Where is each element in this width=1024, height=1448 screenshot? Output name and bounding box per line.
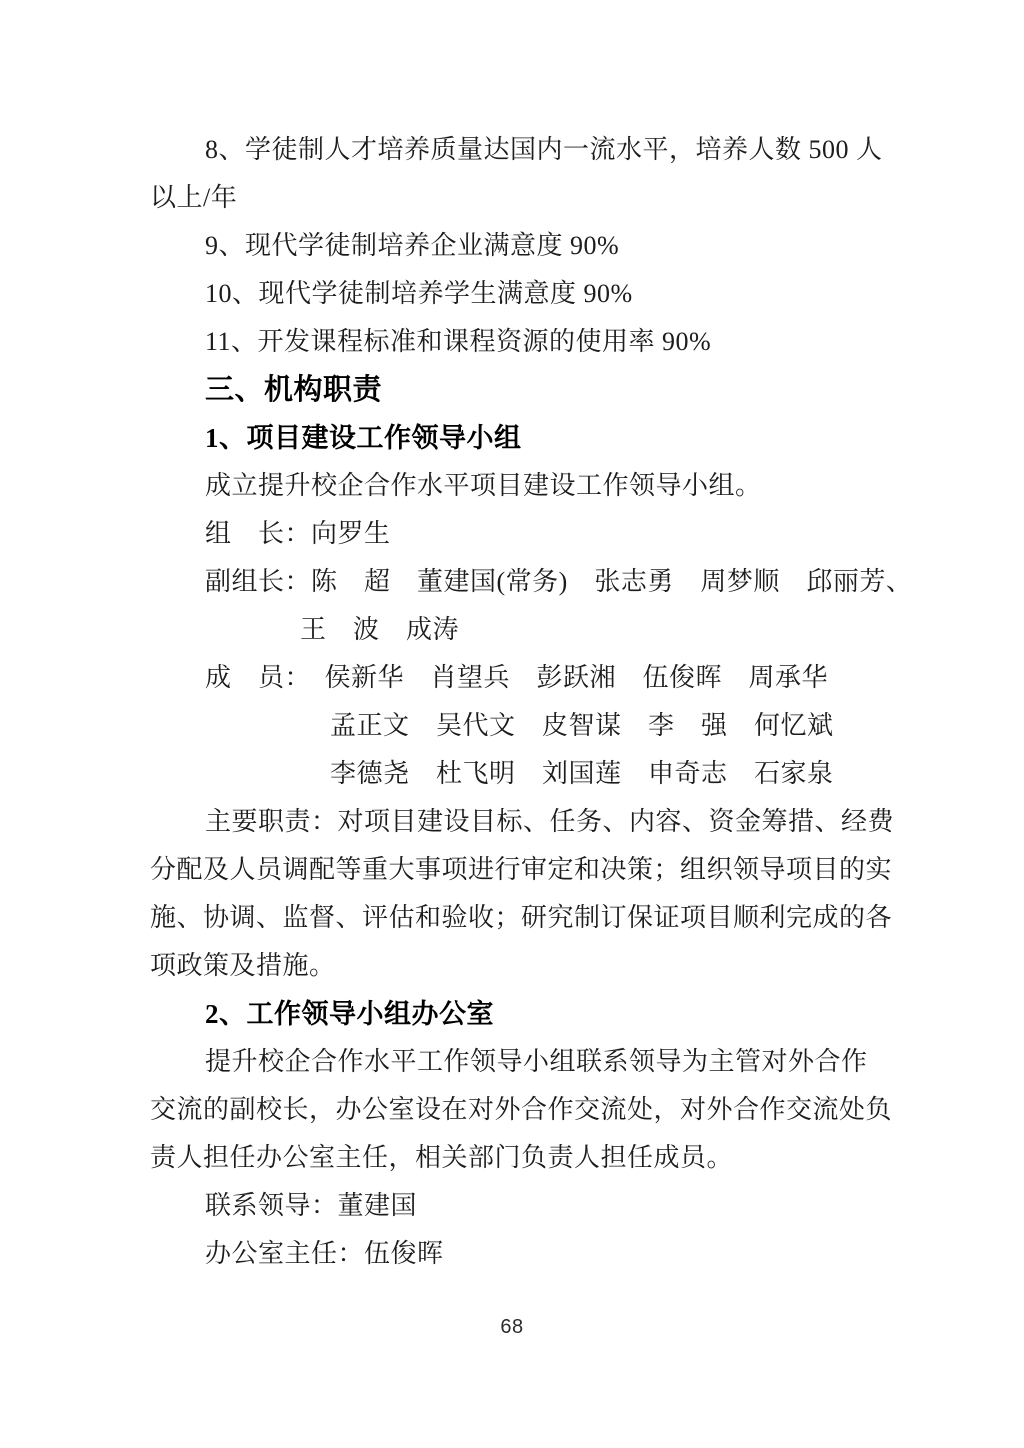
subsection-1-intro: 成立提升校企合作水平项目建设工作领导小组。 <box>150 462 890 510</box>
office-paragraph-line-3: 责人担任办公室主任，相关部门负责人担任成员。 <box>150 1134 890 1182</box>
indicator-8-line-2: 以上/年 <box>150 174 890 222</box>
office-paragraph-line-1: 提升校企合作水平工作领导小组联系领导为主管对外合作 <box>150 1038 890 1086</box>
duties-line-3: 施、协调、监督、评估和验收；研究制订保证项目顺利完成的各 <box>150 894 890 942</box>
duties-line-2: 分配及人员调配等重大事项进行审定和决策；组织领导项目的实 <box>150 846 890 894</box>
group-leader-line: 组 长：向罗生 <box>150 510 890 558</box>
members-line-3: 李德尧 杜飞明 刘国莲 申奇志 石家泉 <box>150 750 890 798</box>
document-page: 8、学徒制人才培养质量达国内一流水平，培养人数 500 人 以上/年 9、现代学… <box>0 0 1024 1448</box>
vice-leader-line-1: 副组长：陈 超 董建国(常务) 张志勇 周梦顺 邱丽芳、 <box>150 558 890 606</box>
office-paragraph-line-2: 交流的副校长，办公室设在对外合作交流处，对外合作交流处负 <box>150 1086 890 1134</box>
duties-line-4: 项政策及措施。 <box>150 942 890 990</box>
duties-line-1: 主要职责：对项目建设目标、任务、内容、资金筹措、经费 <box>150 798 890 846</box>
members-line-2: 孟正文 吴代文 皮智谋 李 强 何忆斌 <box>150 702 890 750</box>
subsection-1-heading: 1、项目建设工作领导小组 <box>150 414 890 462</box>
document-body: 8、学徒制人才培养质量达国内一流水平，培养人数 500 人 以上/年 9、现代学… <box>150 126 890 1278</box>
indicator-10: 10、现代学徒制培养学生满意度 90% <box>150 270 890 318</box>
indicator-8-line-1: 8、学徒制人才培养质量达国内一流水平，培养人数 500 人 <box>150 126 890 174</box>
indicator-11: 11、开发课程标准和课程资源的使用率 90% <box>150 318 890 366</box>
page-number: 68 <box>0 1316 1024 1339</box>
section-3-heading: 三、机构职责 <box>150 366 890 414</box>
office-director-line: 办公室主任：伍俊晖 <box>150 1230 890 1278</box>
members-line-1: 成 员： 侯新华 肖望兵 彭跃湘 伍俊晖 周承华 <box>150 654 890 702</box>
contact-leader-line: 联系领导：董建国 <box>150 1182 890 1230</box>
vice-leader-line-2: 王 波 成涛 <box>150 606 890 654</box>
indicator-9: 9、现代学徒制培养企业满意度 90% <box>150 222 890 270</box>
subsection-2-heading: 2、工作领导小组办公室 <box>150 990 890 1038</box>
